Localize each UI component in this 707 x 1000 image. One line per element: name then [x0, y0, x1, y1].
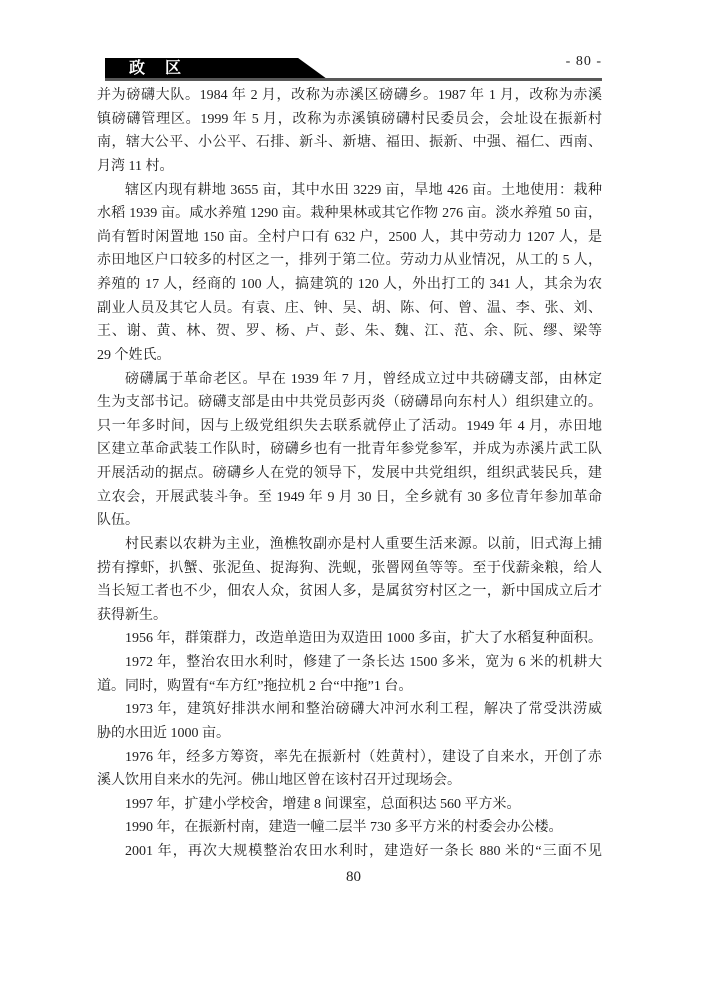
- body-line: 尚有暂时闲置地 150 亩。全村户口有 632 户，2500 人，其中劳动力 1…: [97, 226, 602, 250]
- body-line: 生为支部书记。磅礴支部是由中共党员彭丙炎（磅礴昂向东村人）组织建立的。: [97, 391, 602, 415]
- body-line: 水稻 1939 亩。咸水养殖 1290 亩。栽种果林或其它作物 276 亩。淡水…: [97, 202, 602, 226]
- body-line: 2001 年，再次大规模整治农田水利时，建造好一条长 880 米的“三面不见: [97, 840, 602, 864]
- body-line: 1973 年，建筑好排洪水闸和整治磅礴大冲河水利工程，解决了常受洪涝威: [97, 698, 602, 722]
- body-line: 区建立革命武装工作队时，磅礴乡也有一批青年参党参军，并成为赤溪片武工队: [97, 438, 602, 462]
- body-line: 当长短工者也不少，佃农人众，贫困人多，是属贫穷村区之一，新中国成立后才: [97, 580, 602, 604]
- footer-page-number: 80: [0, 869, 707, 886]
- body-line: 月湾 11 村。: [97, 155, 602, 179]
- body-line: 29 个姓氏。: [97, 344, 602, 368]
- section-banner: 政 区: [105, 58, 327, 79]
- body-line: 溪人饮用自来水的先河。佛山地区曾在该村召开过现场会。: [97, 769, 602, 793]
- body-line: 开展活动的据点。磅礴乡人在党的领导下，发展中共党组织，组织武装民兵，建: [97, 462, 602, 486]
- body-line: 辖区内现有耕地 3655 亩，其中水田 3229 亩，旱地 426 亩。土地使用…: [97, 179, 602, 203]
- body-line: 胁的水田近 1000 亩。: [97, 722, 602, 746]
- body-line: 副业人员及其它人员。有袁、庄、钟、吴、胡、陈、何、曾、温、李、张、刘、: [97, 297, 602, 321]
- body-line: 1956 年，群策群力，改造单造田为双造田 1000 多亩，扩大了水稻复种面积。: [97, 627, 602, 651]
- body-line: 1997 年，扩建小学校舍，增建 8 间课室，总面积达 560 平方米。: [97, 793, 602, 817]
- body-line: 王、谢、黄、林、贺、罗、杨、卢、彭、朱、魏、江、范、余、阮、缪、梁等: [97, 320, 602, 344]
- body-line: 只一年多时间，因与上级党组织失去联系就停止了活动。1949 年 4 月，赤田地: [97, 415, 602, 439]
- document-page: 政 区 - 80 - 并为磅礴大队。1984 年 2 月，改称为赤溪区磅礴乡。1…: [0, 0, 707, 1000]
- body-line: 立农会，开展武装斗争。至 1949 年 9 月 30 日，全乡就有 30 多位青…: [97, 486, 602, 510]
- body-line: 镇磅礴管理区。1999 年 5 月，改称为赤溪镇磅礴村民委员会，会址设在振新村: [97, 108, 602, 132]
- header-page-marker: - 80 -: [566, 54, 602, 70]
- body-line: 养殖的 17 人，经商的 100 人，搞建筑的 120 人，外出打工的 341 …: [97, 273, 602, 297]
- body-line: 村民素以农耕为主业，渔樵牧副亦是村人重要生活来源。以前，旧式海上捕: [97, 533, 602, 557]
- body-line: 磅礴属于革命老区。早在 1939 年 7 月，曾经成立过中共磅礴支部，由林定: [97, 368, 602, 392]
- body-line: 1972 年，整治农田水利时，修建了一条长达 1500 多米，宽为 6 米的机耕…: [97, 651, 602, 675]
- section-title: 政 区: [105, 58, 327, 79]
- body-line: 并为磅礴大队。1984 年 2 月，改称为赤溪区磅礴乡。1987 年 1 月，改…: [97, 84, 602, 108]
- body-text: 并为磅礴大队。1984 年 2 月，改称为赤溪区磅礴乡。1987 年 1 月，改…: [97, 84, 602, 864]
- header-rule: [105, 78, 602, 81]
- body-line: 队伍。: [97, 509, 602, 533]
- body-line: 1976 年，经多方筹资，率先在振新村（姓黄村），建设了自来水，开创了赤: [97, 746, 602, 770]
- body-line: 获得新生。: [97, 604, 602, 628]
- body-line: 捞有撑虾，扒蟹、张泥鱼、捉海狗、洗蚬，张罾网鱼等等。至于伐薪籴粮，给人: [97, 557, 602, 581]
- body-line: 南，辖大公平、小公平、石排、新斗、新塘、福田、振新、中强、福仁、西南、: [97, 131, 602, 155]
- body-line: 1990 年，在振新村南，建造一幢二层半 730 多平方米的村委会办公楼。: [97, 816, 602, 840]
- body-line: 道。同时，购置有“车方红”拖拉机 2 台“中拖”1 台。: [97, 675, 602, 699]
- body-line: 赤田地区户口较多的村区之一，排列于第二位。劳动力从业情况，从工的 5 人，: [97, 249, 602, 273]
